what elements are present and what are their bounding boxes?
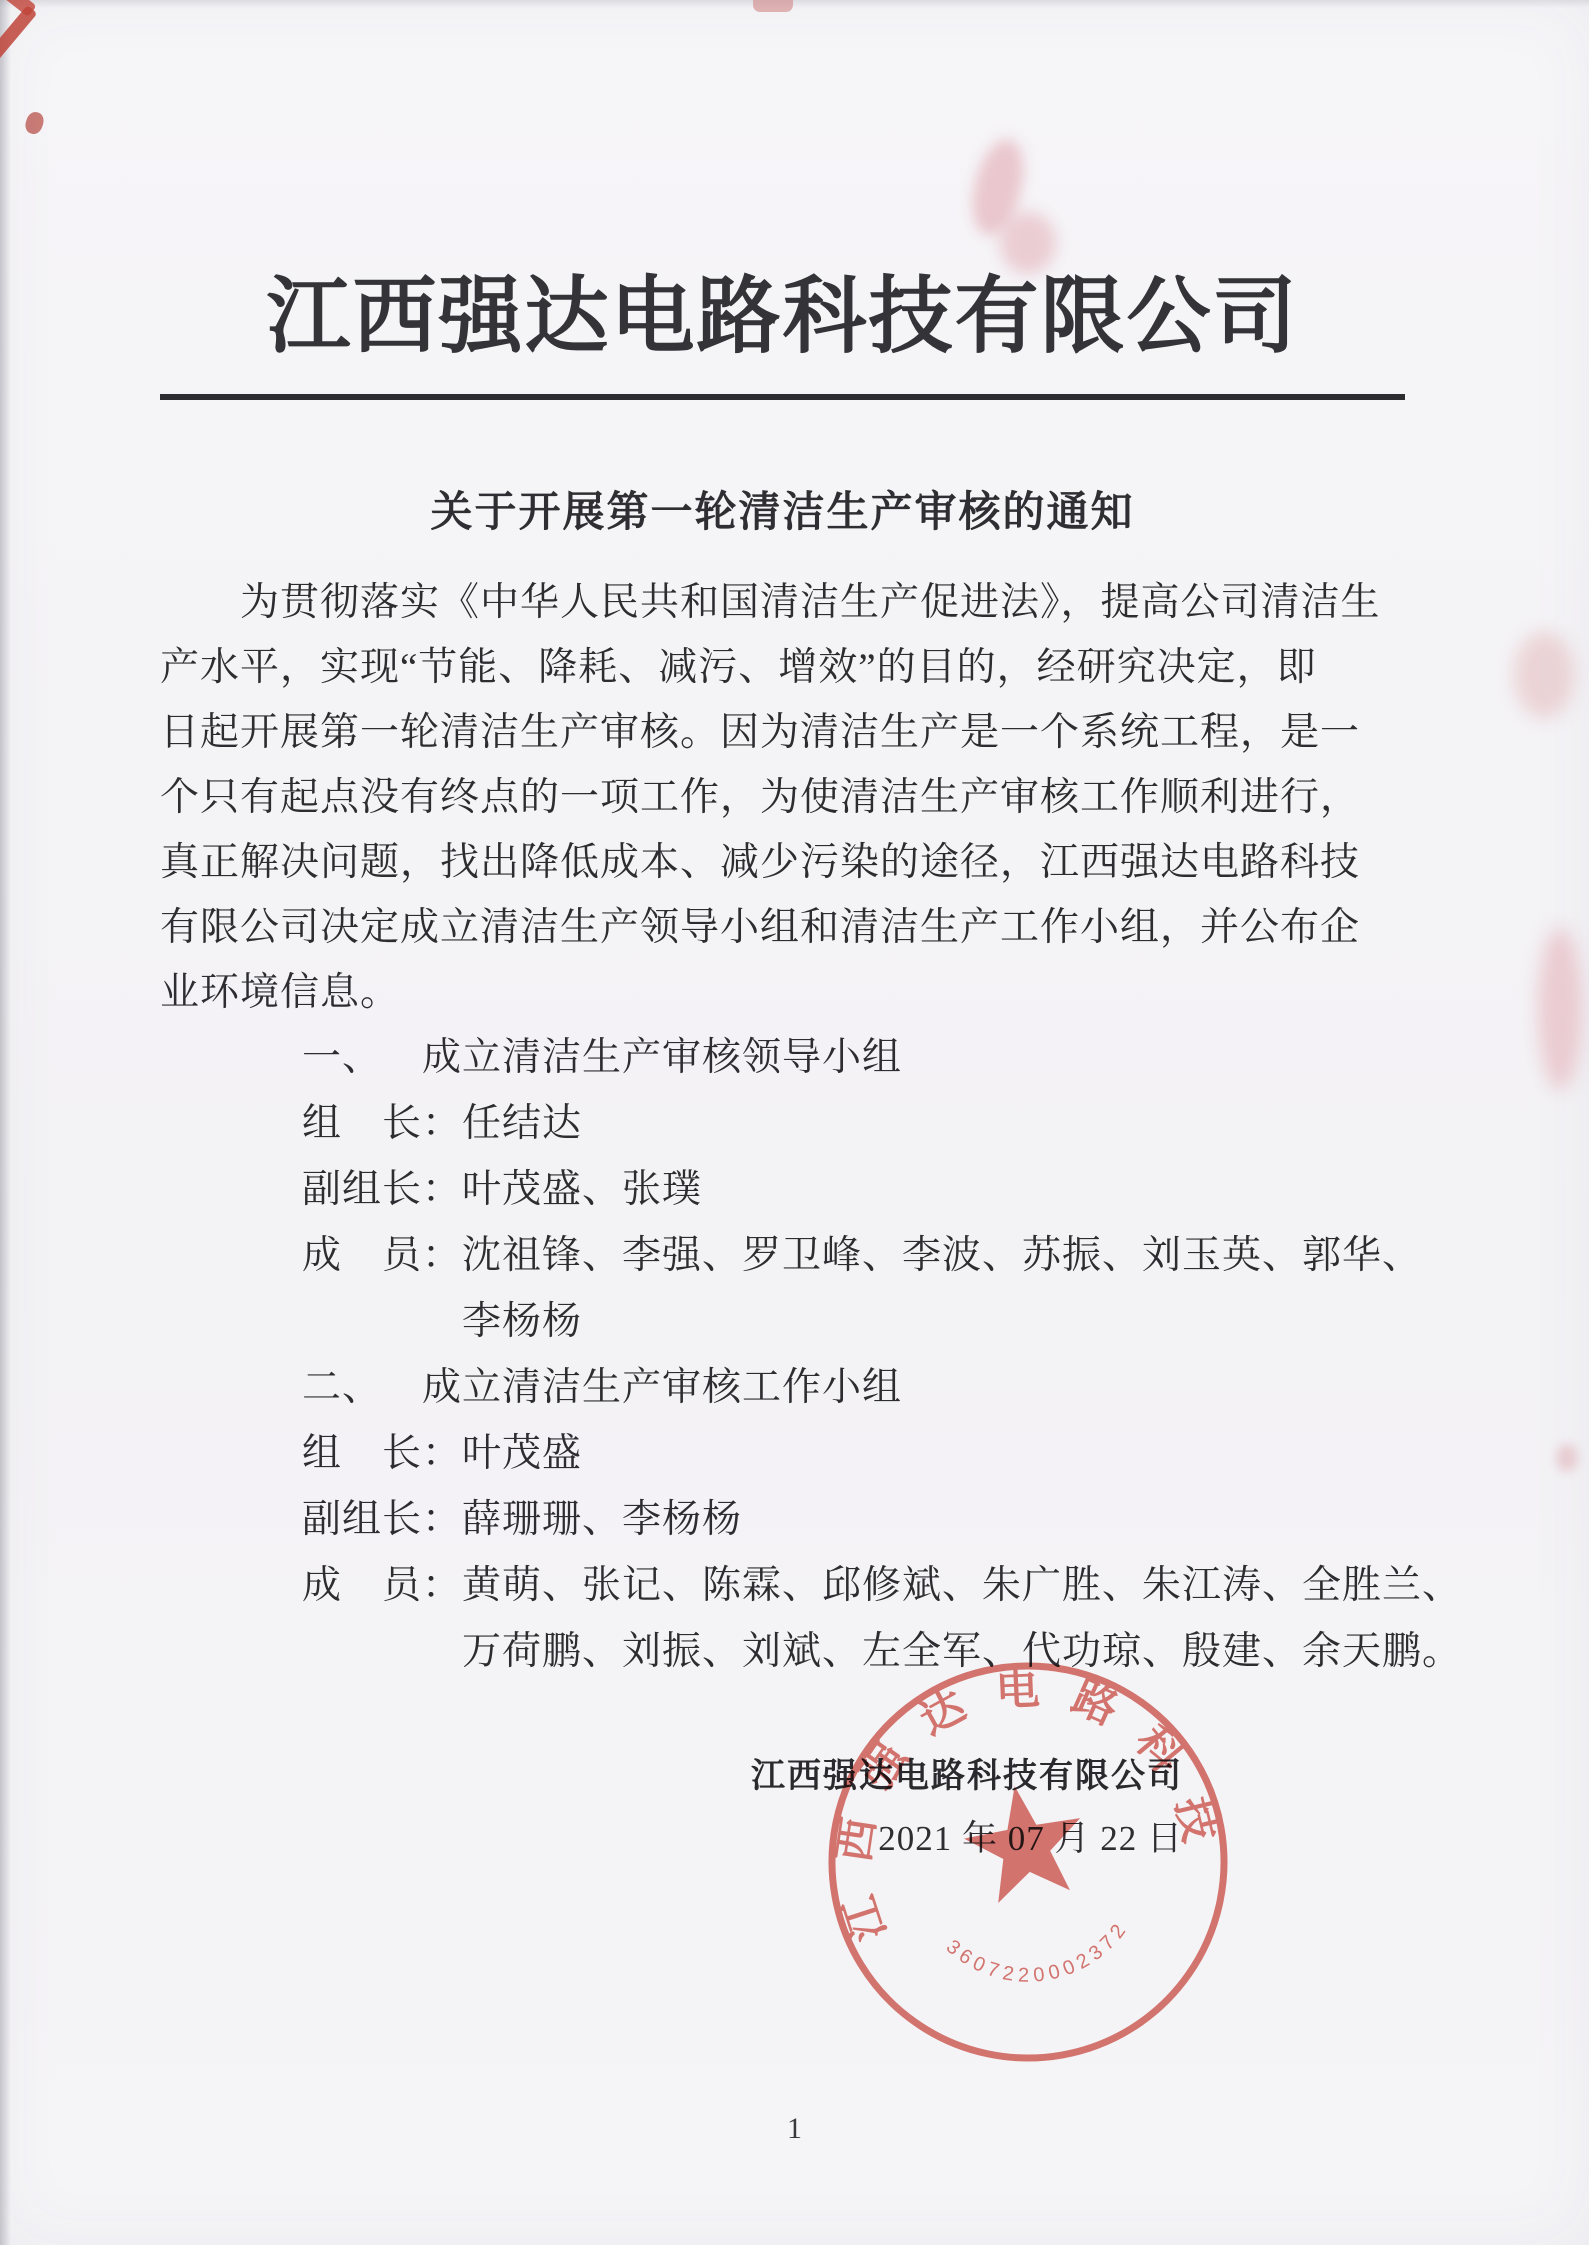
role-line: 组 长：叶茂盛 <box>302 1421 1405 1487</box>
body-line: 真正解决问题，找出降低成本、减少污染的途径，江西强达电路科技 <box>160 830 1405 895</box>
body-line: 有限公司决定成立清洁生产领导小组和清洁生产工作小组，并公布企 <box>160 895 1405 960</box>
body-line: 产水平，实现“节能、降耗、减污、增效”的目的，经研究决定，即 <box>160 635 1405 700</box>
section-number: 二、 <box>302 1366 382 1409</box>
role-label: 成 员： <box>302 1234 462 1277</box>
role-value: 薛珊珊、李杨杨 <box>462 1498 742 1541</box>
scan-edge-shadow <box>0 0 11 2245</box>
notice-title: 关于开展第一轮清洁生产审核的通知 <box>160 484 1405 540</box>
ink-smudge <box>1538 928 1582 1090</box>
body-line: 日起开展第一轮清洁生产审核。因为清洁生产是一个系统工程，是一 <box>160 700 1405 765</box>
role-label: 成 员： <box>302 1564 462 1607</box>
scanned-document-page: 江西强达电路科技有限公司 关于开展第一轮清洁生产审核的通知 为贯彻落实《中华人民… <box>0 0 1589 2245</box>
section-title: 成立清洁生产审核工作小组 <box>422 1366 902 1409</box>
stamp-star-icon <box>957 1776 1093 1907</box>
role-label: 组 长： <box>302 1432 462 1475</box>
section-number: 一、 <box>302 1036 382 1079</box>
body-line: 为贯彻落实《中华人民共和国清洁生产促进法》，提高公司清洁生 <box>160 570 1405 635</box>
role-line: 副组长：叶茂盛、张璞 <box>302 1157 1405 1223</box>
group-list: 一、成立清洁生产审核领导小组 组 长：任结达 副组长：叶茂盛、张璞 成 员：沈祖… <box>302 1025 1405 1685</box>
letterhead-divider <box>160 394 1405 400</box>
role-value: 叶茂盛、张璞 <box>462 1168 702 1211</box>
role-value: 黄萌、张记、陈霖、邱修斌、朱广胜、朱江涛、全胜兰、 <box>462 1564 1462 1607</box>
company-letterhead-title: 江西强达电路科技有限公司 <box>160 268 1405 368</box>
section-heading-1: 一、成立清洁生产审核领导小组 <box>302 1025 1405 1091</box>
role-value-continued: 李杨杨 <box>302 1289 1405 1355</box>
role-value: 任结达 <box>462 1102 582 1145</box>
section-title: 成立清洁生产审核领导小组 <box>422 1036 902 1079</box>
ink-smudge <box>1556 1444 1578 1472</box>
role-label: 副组长： <box>302 1168 462 1211</box>
section-heading-2: 二、成立清洁生产审核工作小组 <box>302 1355 1405 1421</box>
role-line: 成 员：沈祖锋、李强、罗卫峰、李波、苏振、刘玉英、郭华、 <box>302 1223 1405 1289</box>
role-label: 组 长： <box>302 1102 462 1145</box>
role-value: 沈祖锋、李强、罗卫峰、李波、苏振、刘玉英、郭华、 <box>462 1234 1422 1277</box>
document-content: 江西强达电路科技有限公司 关于开展第一轮清洁生产审核的通知 为贯彻落实《中华人民… <box>160 0 1405 1863</box>
role-label: 副组长： <box>302 1498 462 1541</box>
company-seal-stamp: 江西强达电路科技有限公司 3607220002372 <box>808 1642 1248 2082</box>
role-value: 叶茂盛 <box>462 1432 582 1475</box>
role-line: 成 员：黄萌、张记、陈霖、邱修斌、朱广胜、朱江涛、全胜兰、 <box>302 1553 1405 1619</box>
body-line: 个只有起点没有终点的一项工作，为使清洁生产审核工作顺利进行， <box>160 765 1405 830</box>
role-line: 组 长：任结达 <box>302 1091 1405 1157</box>
stamp-code-text: 3607220002372 <box>939 1905 1139 2002</box>
page-number: 1 <box>0 2112 1589 2146</box>
svg-text:3607220002372: 3607220002372 <box>939 1905 1139 2002</box>
body-line: 业环境信息。 <box>160 960 1405 1025</box>
notice-body: 为贯彻落实《中华人民共和国清洁生产促进法》，提高公司清洁生 产水平，实现“节能、… <box>160 570 1405 1025</box>
role-line: 副组长：薛珊珊、李杨杨 <box>302 1487 1405 1553</box>
scan-mark <box>23 110 46 136</box>
ink-smudge <box>1514 632 1574 718</box>
